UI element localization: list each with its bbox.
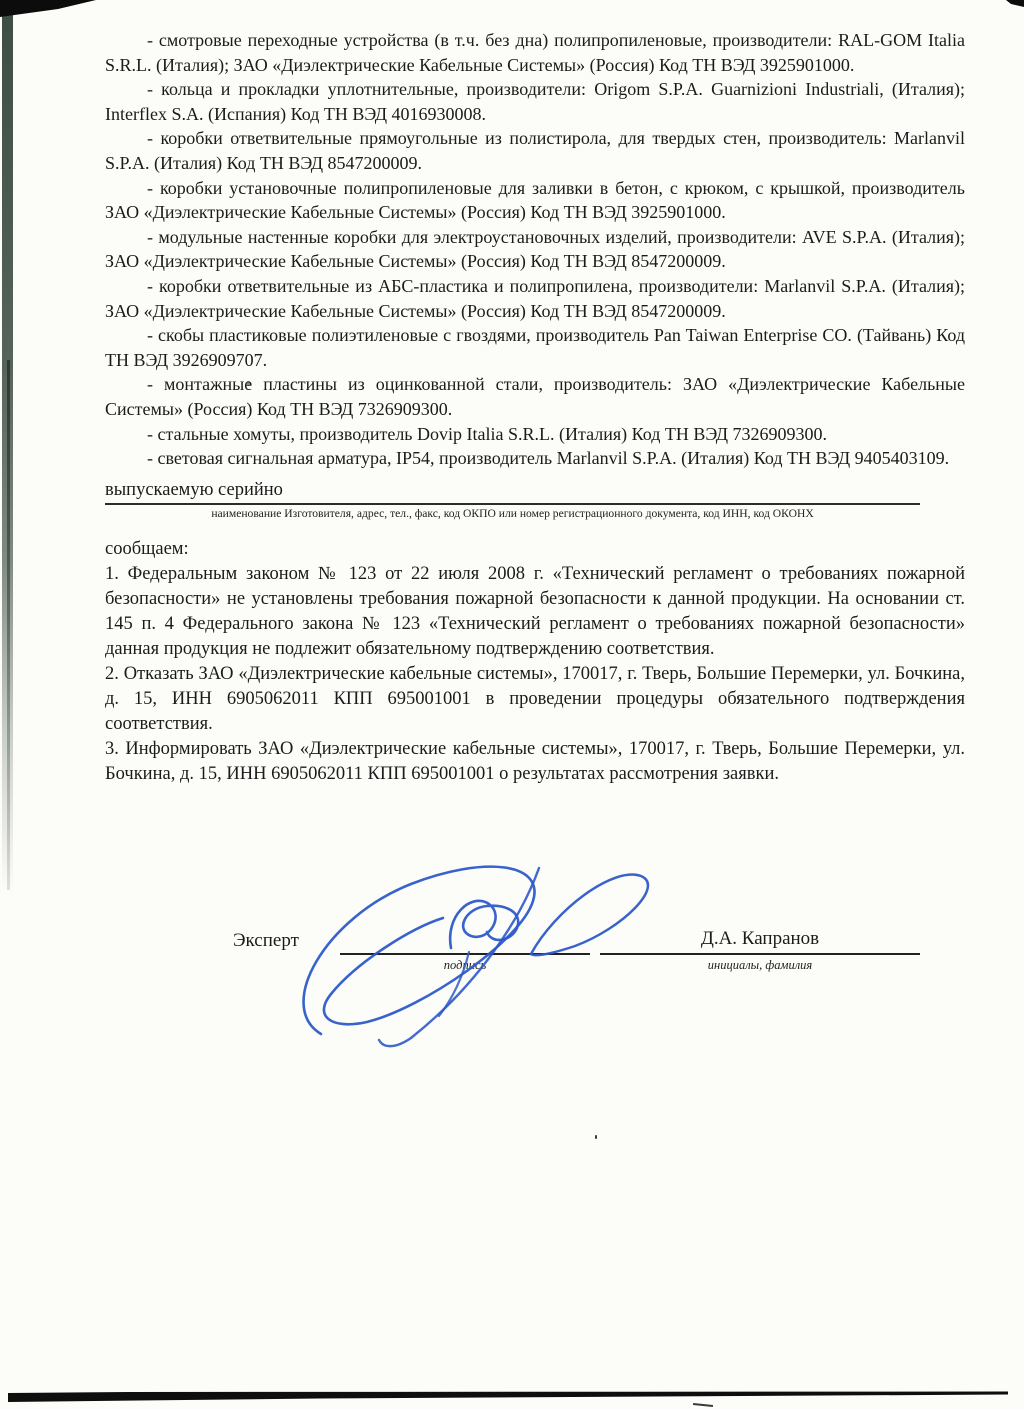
serial-production-field: выпускаемую серийно наименование Изготов…: [105, 479, 920, 521]
product-list-item: - стальные хомуты, производитель Dovip I…: [105, 422, 965, 447]
document-body: - смотровые переходные устройства (в т.ч…: [105, 28, 965, 787]
signature-ink: [283, 856, 683, 1051]
product-list-item: - световая сигнальная арматура, IP54, пр…: [105, 446, 965, 471]
product-list-item: - смотровые переходные устройства (в т.ч…: [105, 28, 965, 77]
document-page: - смотровые переходные устройства (в т.ч…: [0, 0, 1024, 1409]
decision-paragraph: 3. Информировать ЗАО «Диэлектрические ка…: [105, 737, 965, 787]
product-list-item: - модульные настенные коробки для электр…: [105, 225, 965, 274]
decision-paragraph: 1. Федеральным законом № 123 от 22 июля …: [105, 562, 965, 662]
product-list-item: - монтажные пластины из оцинкованной ста…: [105, 372, 965, 421]
product-list-item: - коробки ответвительные прямоугольные и…: [105, 126, 965, 175]
product-list-item: - скобы пластиковые полиэтиленовые с гво…: [105, 323, 965, 372]
form-field-caption: наименование Изготовителя, адрес, тел., …: [105, 507, 920, 521]
decision-paragraph: 2. Отказать ЗАО «Диэлектрические кабельн…: [105, 662, 965, 737]
product-list-item: - коробки установочные полипропиленовые …: [105, 176, 965, 225]
product-list-item: - кольца и прокладки уплотнительные, про…: [105, 77, 965, 126]
serial-production-text: выпускаемую серийно: [105, 479, 920, 505]
scan-speck: [595, 1135, 597, 1139]
announce-label: сообщаем:: [105, 537, 965, 562]
product-list-item: - коробки ответвительные из АБС-пластика…: [105, 274, 965, 323]
